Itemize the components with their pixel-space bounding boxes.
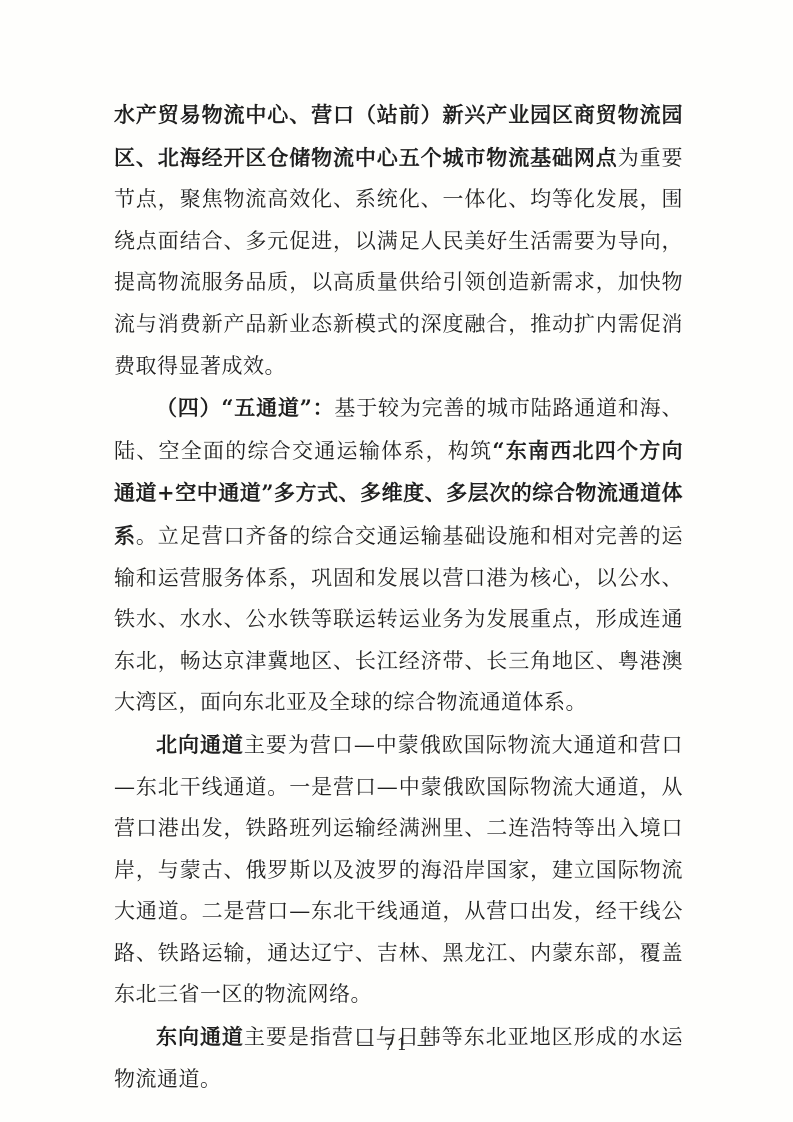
document-page: 水产贸易物流中心、营口（站前）新兴产业园区商贸物流园区、北海经开区仓储物流中心五… [0, 0, 793, 1122]
text-segment: 主要为营口—中蒙俄欧国际物流大通道和营口—东北干线通道。一是营口—中蒙俄欧国际物… [114, 733, 683, 1007]
text-segment: 。立足营口齐备的综合交通运输基础设施和相对完善的运输和运营服务体系，巩固和发展以… [114, 524, 683, 714]
paragraph-city-logistics-nodes: 水产贸易物流中心、营口（站前）新兴产业园区商贸物流园区、北海经开区仓储物流中心五… [114, 94, 683, 387]
text-segment: 为重要节点，聚焦物流高效化、系统化、一体化、均等化发展，围绕点面结合、多元促进，… [114, 146, 683, 378]
paragraph-north-channel: 北向通道主要为营口—中蒙俄欧国际物流大通道和营口—东北干线通道。一是营口—中蒙俄… [114, 724, 683, 1016]
document-body: 水产贸易物流中心、营口（站前）新兴产业园区商贸物流园区、北海经开区仓储物流中心五… [114, 94, 683, 1100]
page-number: — 71 — [0, 1033, 793, 1057]
text-segment: 北向通道 [156, 732, 244, 757]
paragraph-five-channels: （四）“五通道”：基于较为完善的城市陆路通道和海、陆、空全面的综合交通运输体系，… [114, 387, 683, 724]
text-segment: （四）“五通道”： [156, 395, 334, 420]
text-segment: 水产贸易物流中心、营口（站前）新兴产业园区商贸物流园区、北海经开区仓储物流中心五… [114, 102, 683, 170]
paragraph-east-channel: 东向通道主要是指营口与日韩等东北亚地区形成的水运物流通道。 [114, 1016, 683, 1100]
